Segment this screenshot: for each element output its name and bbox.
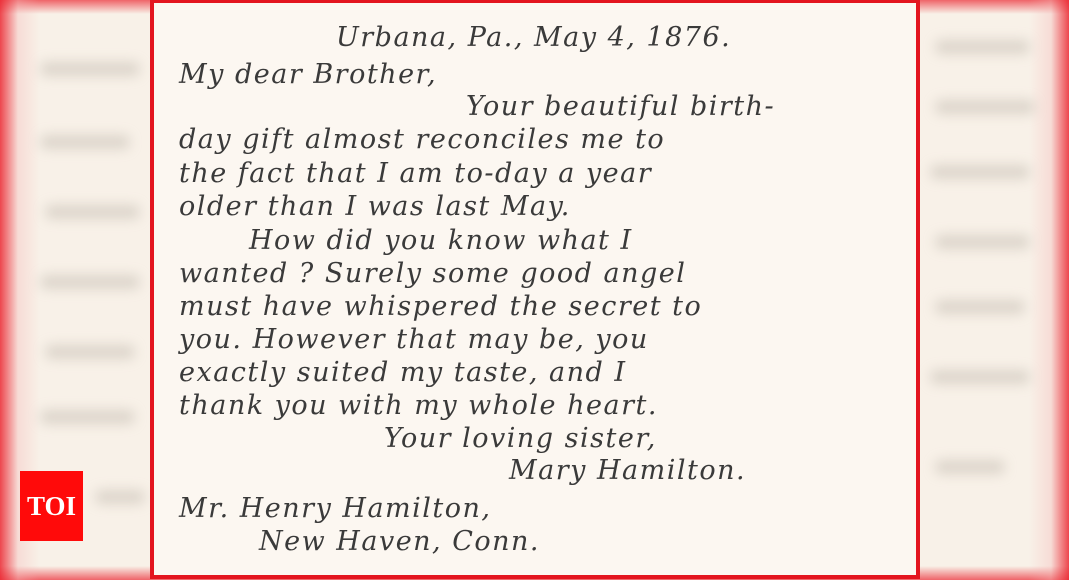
blurred-text-decoration <box>935 100 1035 114</box>
letter-body-line: wanted ? Surely some good angel <box>179 258 686 290</box>
letter-body-line: day gift almost reconciles me to <box>179 124 665 156</box>
letter-closing: Your loving sister, <box>384 423 657 455</box>
blurred-text-decoration <box>45 205 140 219</box>
letter-body-line: exactly suited my taste, and I <box>179 357 627 389</box>
blurred-text-decoration <box>95 490 145 504</box>
letter-body-line: you. However that may be, you <box>179 324 649 356</box>
letter-image-frame: Urbana, Pa., May 4, 1876. My dear Brothe… <box>150 0 920 579</box>
blurred-text-decoration <box>935 460 1005 474</box>
blurred-text-decoration <box>45 345 135 359</box>
letter-body-line: How did you know what I <box>249 225 633 257</box>
letter-body-line: Your beautiful birth- <box>466 91 775 123</box>
toi-logo: TOI <box>20 471 83 541</box>
letter-salutation: My dear Brother, <box>179 59 437 91</box>
blurred-text-decoration <box>930 165 1030 179</box>
letter-body-line: older than I was last May. <box>179 191 571 223</box>
blurred-text-decoration <box>40 62 140 76</box>
letter-signature: Mary Hamilton. <box>509 455 746 487</box>
letter-dateline: Urbana, Pa., May 4, 1876. <box>336 22 731 54</box>
blurred-text-decoration <box>935 40 1030 54</box>
letter-body-line: must have whispered the secret to <box>179 291 702 323</box>
blurred-text-decoration <box>935 300 1025 314</box>
blurred-text-decoration <box>935 235 1030 249</box>
letter-body-line: thank you with my whole heart. <box>179 390 658 422</box>
handwritten-letter: Urbana, Pa., May 4, 1876. My dear Brothe… <box>154 3 916 575</box>
letter-address-line: New Haven, Conn. <box>259 526 540 558</box>
blurred-text-decoration <box>930 370 1030 384</box>
letter-address-line: Mr. Henry Hamilton, <box>179 493 492 525</box>
blurred-text-decoration <box>40 410 135 424</box>
blurred-text-decoration <box>40 275 140 289</box>
blurred-text-decoration <box>40 135 130 149</box>
letter-body-line: the fact that I am to-day a year <box>179 158 652 190</box>
